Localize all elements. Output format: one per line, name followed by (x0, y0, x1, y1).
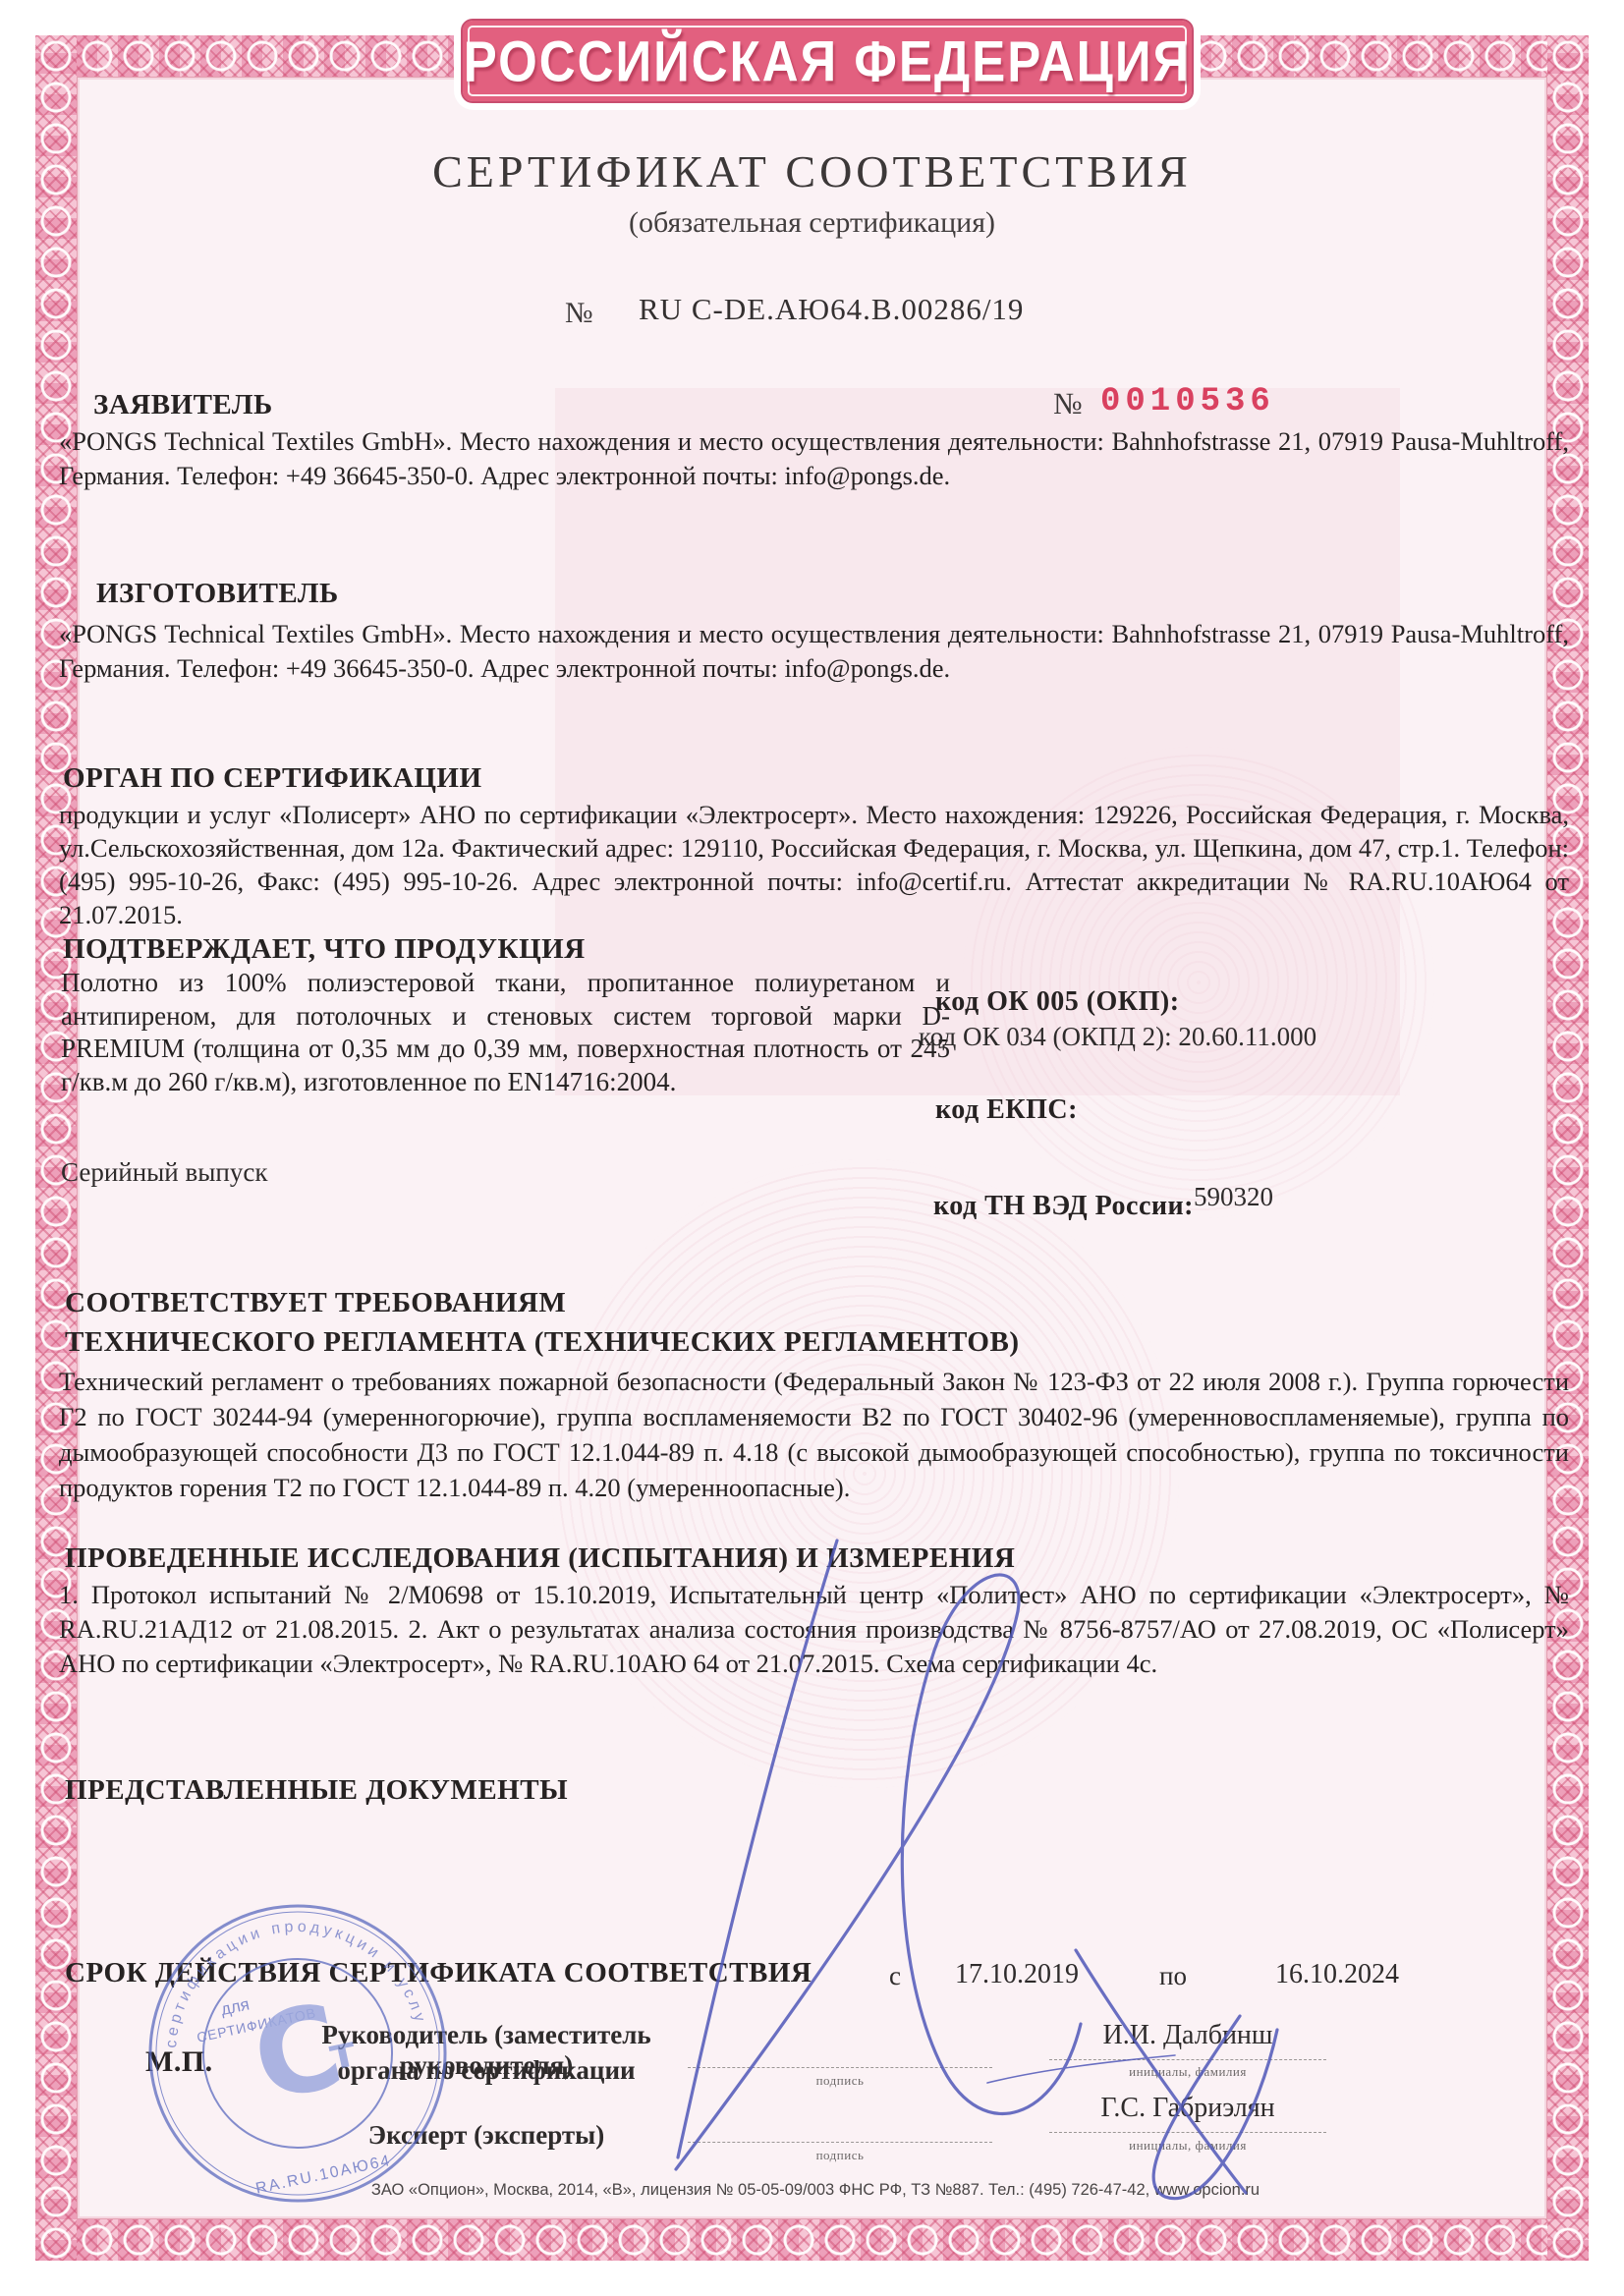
federation-banner: РОССИЙСКАЯ ФЕДЕРАЦИЯ (454, 12, 1201, 110)
code-tnved-value: 590320 (1194, 1182, 1273, 1211)
product-heading: ПОДТВЕРЖДАЕТ, ЧТО ПРОДУКЦИЯ (63, 933, 586, 966)
printer-info: ЗАО «Опцион», Москва, 2014, «В», лицензи… (275, 2181, 1356, 2200)
certification-body-heading: ОРГАН ПО СЕРТИФИКАЦИИ (63, 762, 482, 795)
expert-signature-caption: подпись (688, 2148, 992, 2163)
product-description: Полотно из 100% полиэстеровой ткани, про… (61, 967, 950, 1098)
validity-to-date: 16.10.2024 (1275, 1959, 1399, 1990)
code-okpd-label: код ОК 034 (ОКПД 2): (919, 1022, 1172, 1051)
applicant-heading: ЗАЯВИТЕЛЬ (93, 389, 273, 421)
research-heading: ПРОВЕДЕННЫЕ ИССЛЕДОВАНИЯ (ИСПЫТАНИЯ) И И… (65, 1542, 1015, 1575)
paper-background (77, 77, 1547, 2219)
code-ekps-label: код ЕКПС: (935, 1094, 1078, 1126)
code-okpd-value: 20.60.11.000 (1178, 1022, 1316, 1051)
expert-name-caption: инициалы, фамилия (1049, 2138, 1326, 2154)
manufacturer-heading: ИЗГОТОВИТЕЛЬ (96, 578, 339, 610)
expert-name: Г.С. Габриэлян (1049, 2093, 1326, 2124)
blank-number-label: № (1053, 386, 1083, 421)
border-bottom (35, 2219, 1589, 2261)
code-tnved-row: код ТН ВЭД России:590320 (933, 1191, 1273, 1222)
certificate-page: РОССИЙСКАЯ ФЕДЕРАЦИЯ СЕРТИФИКАТ СООТВЕТС… (0, 0, 1624, 2296)
product-serial: Серийный выпуск (61, 1157, 267, 1188)
stamp-place-label: М.П. (145, 2045, 213, 2079)
head-name-line (1049, 2059, 1326, 2060)
documents-heading: ПРЕДСТАВЛЕННЫЕ ДОКУМЕНТЫ (65, 1774, 568, 1807)
compliance-heading-2: ТЕХНИЧЕСКОГО РЕГЛАМЕНТА (ТЕХНИЧЕСКИХ РЕГ… (65, 1326, 1019, 1359)
validity-from-date: 17.10.2019 (955, 1959, 1079, 1990)
compliance-heading-1: СООТВЕТСТВУЕТ ТРЕБОВАНИЯМ (65, 1287, 566, 1319)
certification-body-text: продукции и услуг «Полисерт» АНО по серт… (59, 798, 1569, 931)
expert-name-line (1049, 2132, 1326, 2133)
research-text: 1. Протокол испытаний № 2/М0698 от 15.10… (59, 1578, 1569, 1681)
head-role-line2: органа по сертификации (251, 2055, 722, 2086)
cert-number-label: № (565, 297, 593, 330)
border-right (1547, 35, 1589, 2261)
head-signature-line (688, 2067, 992, 2068)
applicant-text: «PONGS Technical Textiles GmbH». Место н… (59, 424, 1569, 493)
validity-to-label: по (1159, 1961, 1187, 1991)
validity-from-label: с (889, 1961, 901, 1991)
code-okpd-row: код ОК 034 (ОКПД 2): 20.60.11.000 (919, 1022, 1316, 1052)
head-name: И.И. Далбинш (1049, 2020, 1326, 2051)
code-okp-label: код ОК 005 (ОКП): (935, 986, 1180, 1018)
cert-number-value: RU C-DE.АЮ64.В.00286/19 (639, 292, 1024, 327)
manufacturer-text: «PONGS Technical Textiles GmbH». Место н… (59, 617, 1569, 686)
border-left (35, 35, 77, 2261)
compliance-text: Технический регламент о требованиях пожа… (59, 1364, 1569, 1505)
page-subtitle: (обязательная сертификация) (0, 206, 1624, 240)
validity-heading: СРОК ДЕЙСТВИЯ СЕРТИФИКАТА СООТВЕТСТВИЯ (65, 1957, 812, 1989)
blank-number-value: 0010536 (1100, 383, 1275, 420)
head-name-caption: инициалы, фамилия (1049, 2064, 1326, 2080)
code-tnved-label: код ТН ВЭД России: (933, 1191, 1194, 1221)
expert-role-label: Эксперт (эксперты) (251, 2120, 722, 2151)
expert-signature-line (688, 2142, 992, 2143)
head-signature-caption: подпись (688, 2073, 992, 2089)
federation-banner-label: РОССИЙСКАЯ ФЕДЕРАЦИЯ (464, 28, 1191, 93)
page-title: СЕРТИФИКАТ СООТВЕТСТВИЯ (0, 145, 1624, 197)
